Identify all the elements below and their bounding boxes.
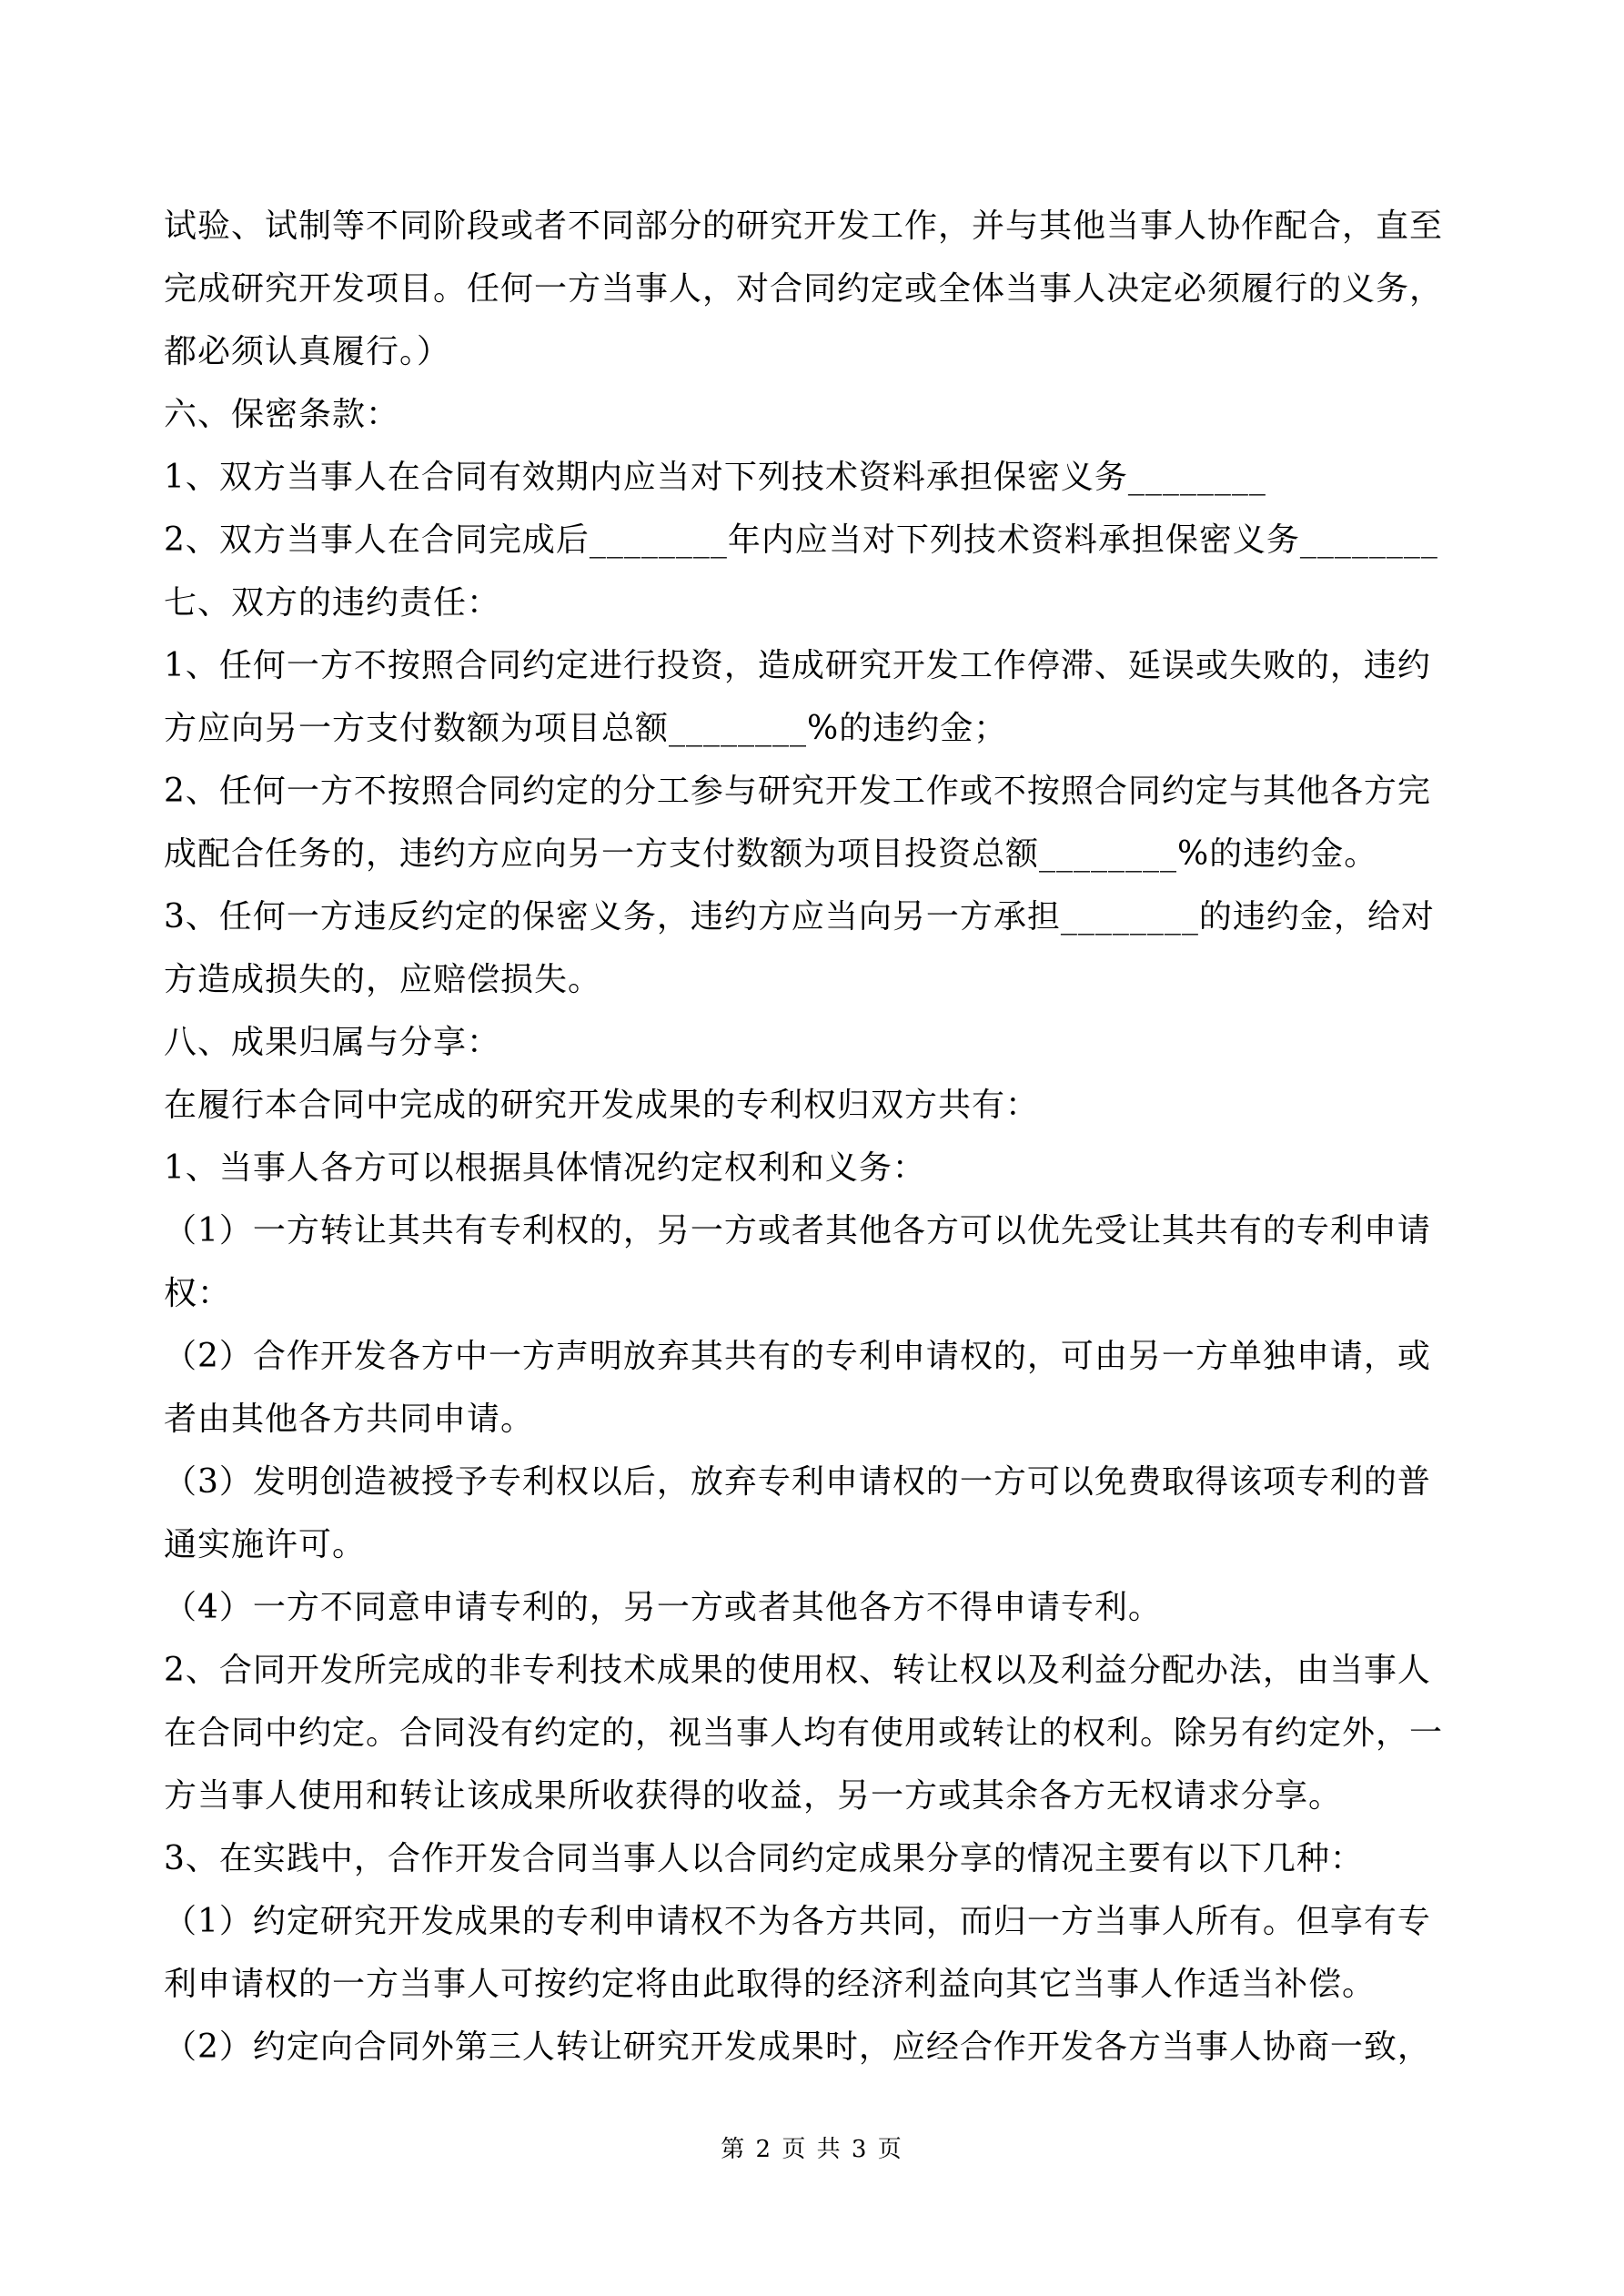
text-line: 1、双方当事人在合同有效期内应当对下列技术资料承担保密义务________: [164, 446, 1467, 509]
text-line: （2）约定向合同外第三人转让研究开发成果时，应经合作开发各方当事人协商一致，: [164, 2016, 1467, 2079]
text-line: 权：: [164, 1262, 1467, 1325]
text-line: 试验、试制等不同阶段或者不同部分的研究开发工作，并与其他当事人协作配合，直至: [164, 195, 1467, 258]
document-page: 试验、试制等不同阶段或者不同部分的研究开发工作，并与其他当事人协作配合，直至 完…: [0, 0, 1624, 2296]
text-line: 1、当事人各方可以根据具体情况约定权利和义务：: [164, 1137, 1467, 1199]
text-line: 方当事人使用和转让该成果所收获得的收益，另一方或其余各方无权请求分享。: [164, 1765, 1467, 1827]
text-line: 成配合任务的，违约方应向另一方支付数额为项目投资总额________%的违约金。: [164, 823, 1467, 885]
text-line: 方造成损失的，应赔偿损失。: [164, 948, 1467, 1011]
text-line: 者由其他各方共同申请。: [164, 1388, 1467, 1451]
text-line: （3）发明创造被授予专利权以后，放弃专利申请权的一方可以免费取得该项专利的普: [164, 1451, 1467, 1513]
text-line: 2、任何一方不按照合同约定的分工参与研究开发工作或不按照合同约定与其他各方完: [164, 760, 1467, 823]
text-line: 3、任何一方违反约定的保密义务，违约方应当向另一方承担________的违约金，…: [164, 885, 1467, 948]
text-line: 在合同中约定。合同没有约定的，视当事人均有使用或转让的权利。除另有约定外，一: [164, 1702, 1467, 1765]
text-line: （4）一方不同意申请专利的，另一方或者其他各方不得申请专利。: [164, 1576, 1467, 1639]
text-line: 2、双方当事人在合同完成后________年内应当对下列技术资料承担保密义务__…: [164, 509, 1467, 571]
section-heading-breach-liability: 七、双方的违约责任：: [164, 571, 1467, 634]
page-footer: 第 2 页 共 3 页: [0, 2131, 1624, 2168]
text-line: 利申请权的一方当事人可按约定将由此取得的经济利益向其它当事人作适当补偿。: [164, 1953, 1467, 2016]
text-line: （1）约定研究开发成果的专利申请权不为各方共同，而归一方当事人所有。但享有专: [164, 1890, 1467, 1953]
text-line: 1、任何一方不按照合同约定进行投资，造成研究开发工作停滞、延误或失败的，违约: [164, 634, 1467, 697]
text-line: 3、在实践中，合作开发合同当事人以合同约定成果分享的情况主要有以下几种：: [164, 1827, 1467, 1890]
text-line: 在履行本合同中完成的研究开发成果的专利权归双方共有：: [164, 1074, 1467, 1137]
section-heading-results-ownership: 八、成果归属与分享：: [164, 1011, 1467, 1074]
text-line: 都必须认真履行。）: [164, 320, 1467, 383]
text-line: （2）合作开发各方中一方声明放弃其共有的专利申请权的，可由另一方单独申请，或: [164, 1325, 1467, 1388]
text-line: 完成研究开发项目。任何一方当事人，对合同约定或全体当事人决定必须履行的义务，: [164, 258, 1467, 320]
section-heading-confidentiality: 六、保密条款：: [164, 383, 1467, 446]
text-line: （1）一方转让其共有专利权的，另一方或者其他各方可以优先受让其共有的专利申请: [164, 1199, 1467, 1262]
contract-body: 试验、试制等不同阶段或者不同部分的研究开发工作，并与其他当事人协作配合，直至 完…: [164, 195, 1467, 2079]
text-line: 方应向另一方支付数额为项目总额________%的违约金；: [164, 697, 1467, 760]
text-line: 2、合同开发所完成的非专利技术成果的使用权、转让权以及利益分配办法，由当事人: [164, 1639, 1467, 1702]
text-line: 通实施许可。: [164, 1513, 1467, 1576]
